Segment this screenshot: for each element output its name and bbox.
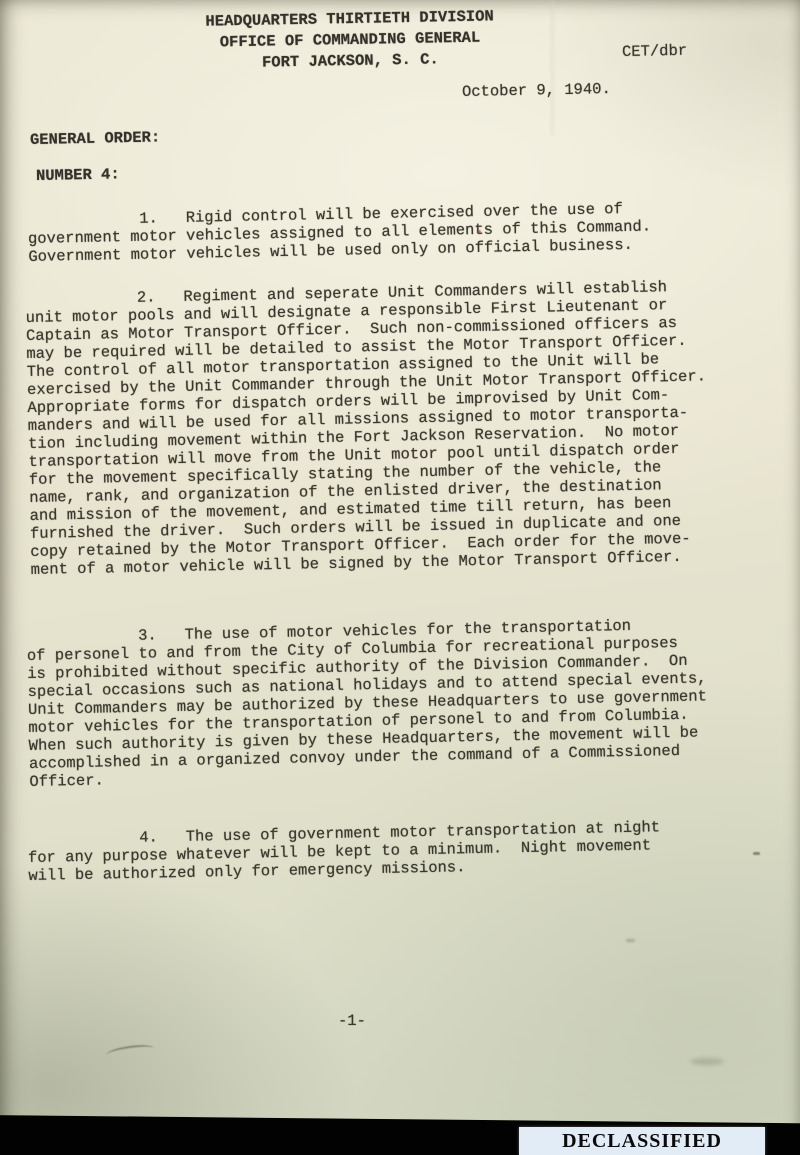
declassified-stamp-label: DECLASSIFIED <box>562 1130 722 1153</box>
paragraph-1: 1. Rigid control will be exercised over … <box>27 199 651 265</box>
photo-of-document: HEADQUARTERS THIRTIETH DIVISION OFFICE O… <box>0 0 800 1155</box>
declassified-stamp: DECLASSIFIED <box>519 1127 765 1155</box>
reference-initials: CET/dbr <box>622 42 687 61</box>
date-line: October 9, 1940. <box>462 80 611 101</box>
letterhead: HEADQUARTERS THIRTIETH DIVISION OFFICE O… <box>0 3 701 79</box>
paragraph-4: 4. The use of government motor transport… <box>27 818 660 885</box>
order-number-line: NUMBER 4: <box>36 165 120 185</box>
paragraph-2: 2. Regiment and seperate Unit Commanders… <box>25 277 710 579</box>
page-number: -1- <box>338 1012 366 1030</box>
typed-content: HEADQUARTERS THIRTIETH DIVISION OFFICE O… <box>0 0 800 1155</box>
document-page: HEADQUARTERS THIRTIETH DIVISION OFFICE O… <box>0 0 800 1155</box>
paragraph-3: 3. The use of motor vehicles for the tra… <box>26 615 708 791</box>
general-order-label: GENERAL ORDER: <box>30 128 161 149</box>
